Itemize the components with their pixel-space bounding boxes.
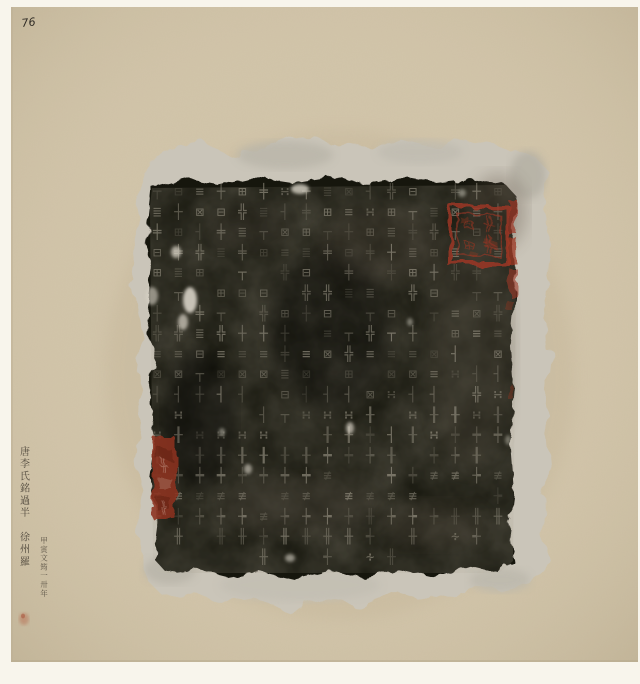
svg-text:╫: ╫ bbox=[160, 459, 168, 473]
svg-text:≡⊠┤╬⊞╪≣⊟┬┼∺╂┿≢┾: ≡⊠┤╬⊞╪≣⊟┬┼∺╂┿≢┾ bbox=[195, 184, 205, 525]
svg-text:唐李氏銘過半徐州羅: 唐李氏銘過半徐州羅 bbox=[20, 445, 30, 568]
svg-text:╬: ╬ bbox=[160, 501, 168, 515]
svg-text:╪≣┬⊞⊟╬┼≡⊠┤∺╂┿≢┾╫: ╪≣┬⊞⊟╬┼≡⊠┤∺╂┿≢┾╫ bbox=[258, 182, 268, 565]
svg-text:⊞┼╪≣┬╬≡⊠┤∺╂┿≢┾╫: ⊞┼╪≣┬╬≡⊠┤∺╂┿≢┾╫ bbox=[493, 184, 503, 525]
archival-scan-page: 76 ⊞┼╪≣┬╬≡⊠┤∺╂┿≢┾╫┼≣⊟╪┬⊠≡┤╬∺┿╂┾╫┽╪⊠┬≣╬≡⊞… bbox=[0, 0, 640, 684]
svg-text:╫: ╫ bbox=[483, 215, 494, 234]
svg-text:⊞: ⊞ bbox=[464, 236, 473, 254]
page-number: 76 bbox=[21, 15, 36, 30]
red-smudge bbox=[19, 613, 29, 625]
svg-text:甲寅文筠一卅年: 甲寅文筠一卅年 bbox=[40, 536, 48, 598]
rubbing-artwork: 76 ⊞┼╪≣┬╬≡⊠┤∺╂┿≢┾╫┼≣⊟╪┬⊠≡┤╬∺┿╂┾╫┽╪⊠┬≣╬≡⊞… bbox=[0, 0, 640, 684]
collector-seal-vertical: ╫ ╬ bbox=[153, 437, 176, 520]
svg-text:╬⊞≣┼╪⊟┬≡⊠∺┤╂┿≢┾╫: ╬⊞≣┼╪⊟┬≡⊠∺┤╂┿≢┾╫ bbox=[386, 183, 396, 565]
